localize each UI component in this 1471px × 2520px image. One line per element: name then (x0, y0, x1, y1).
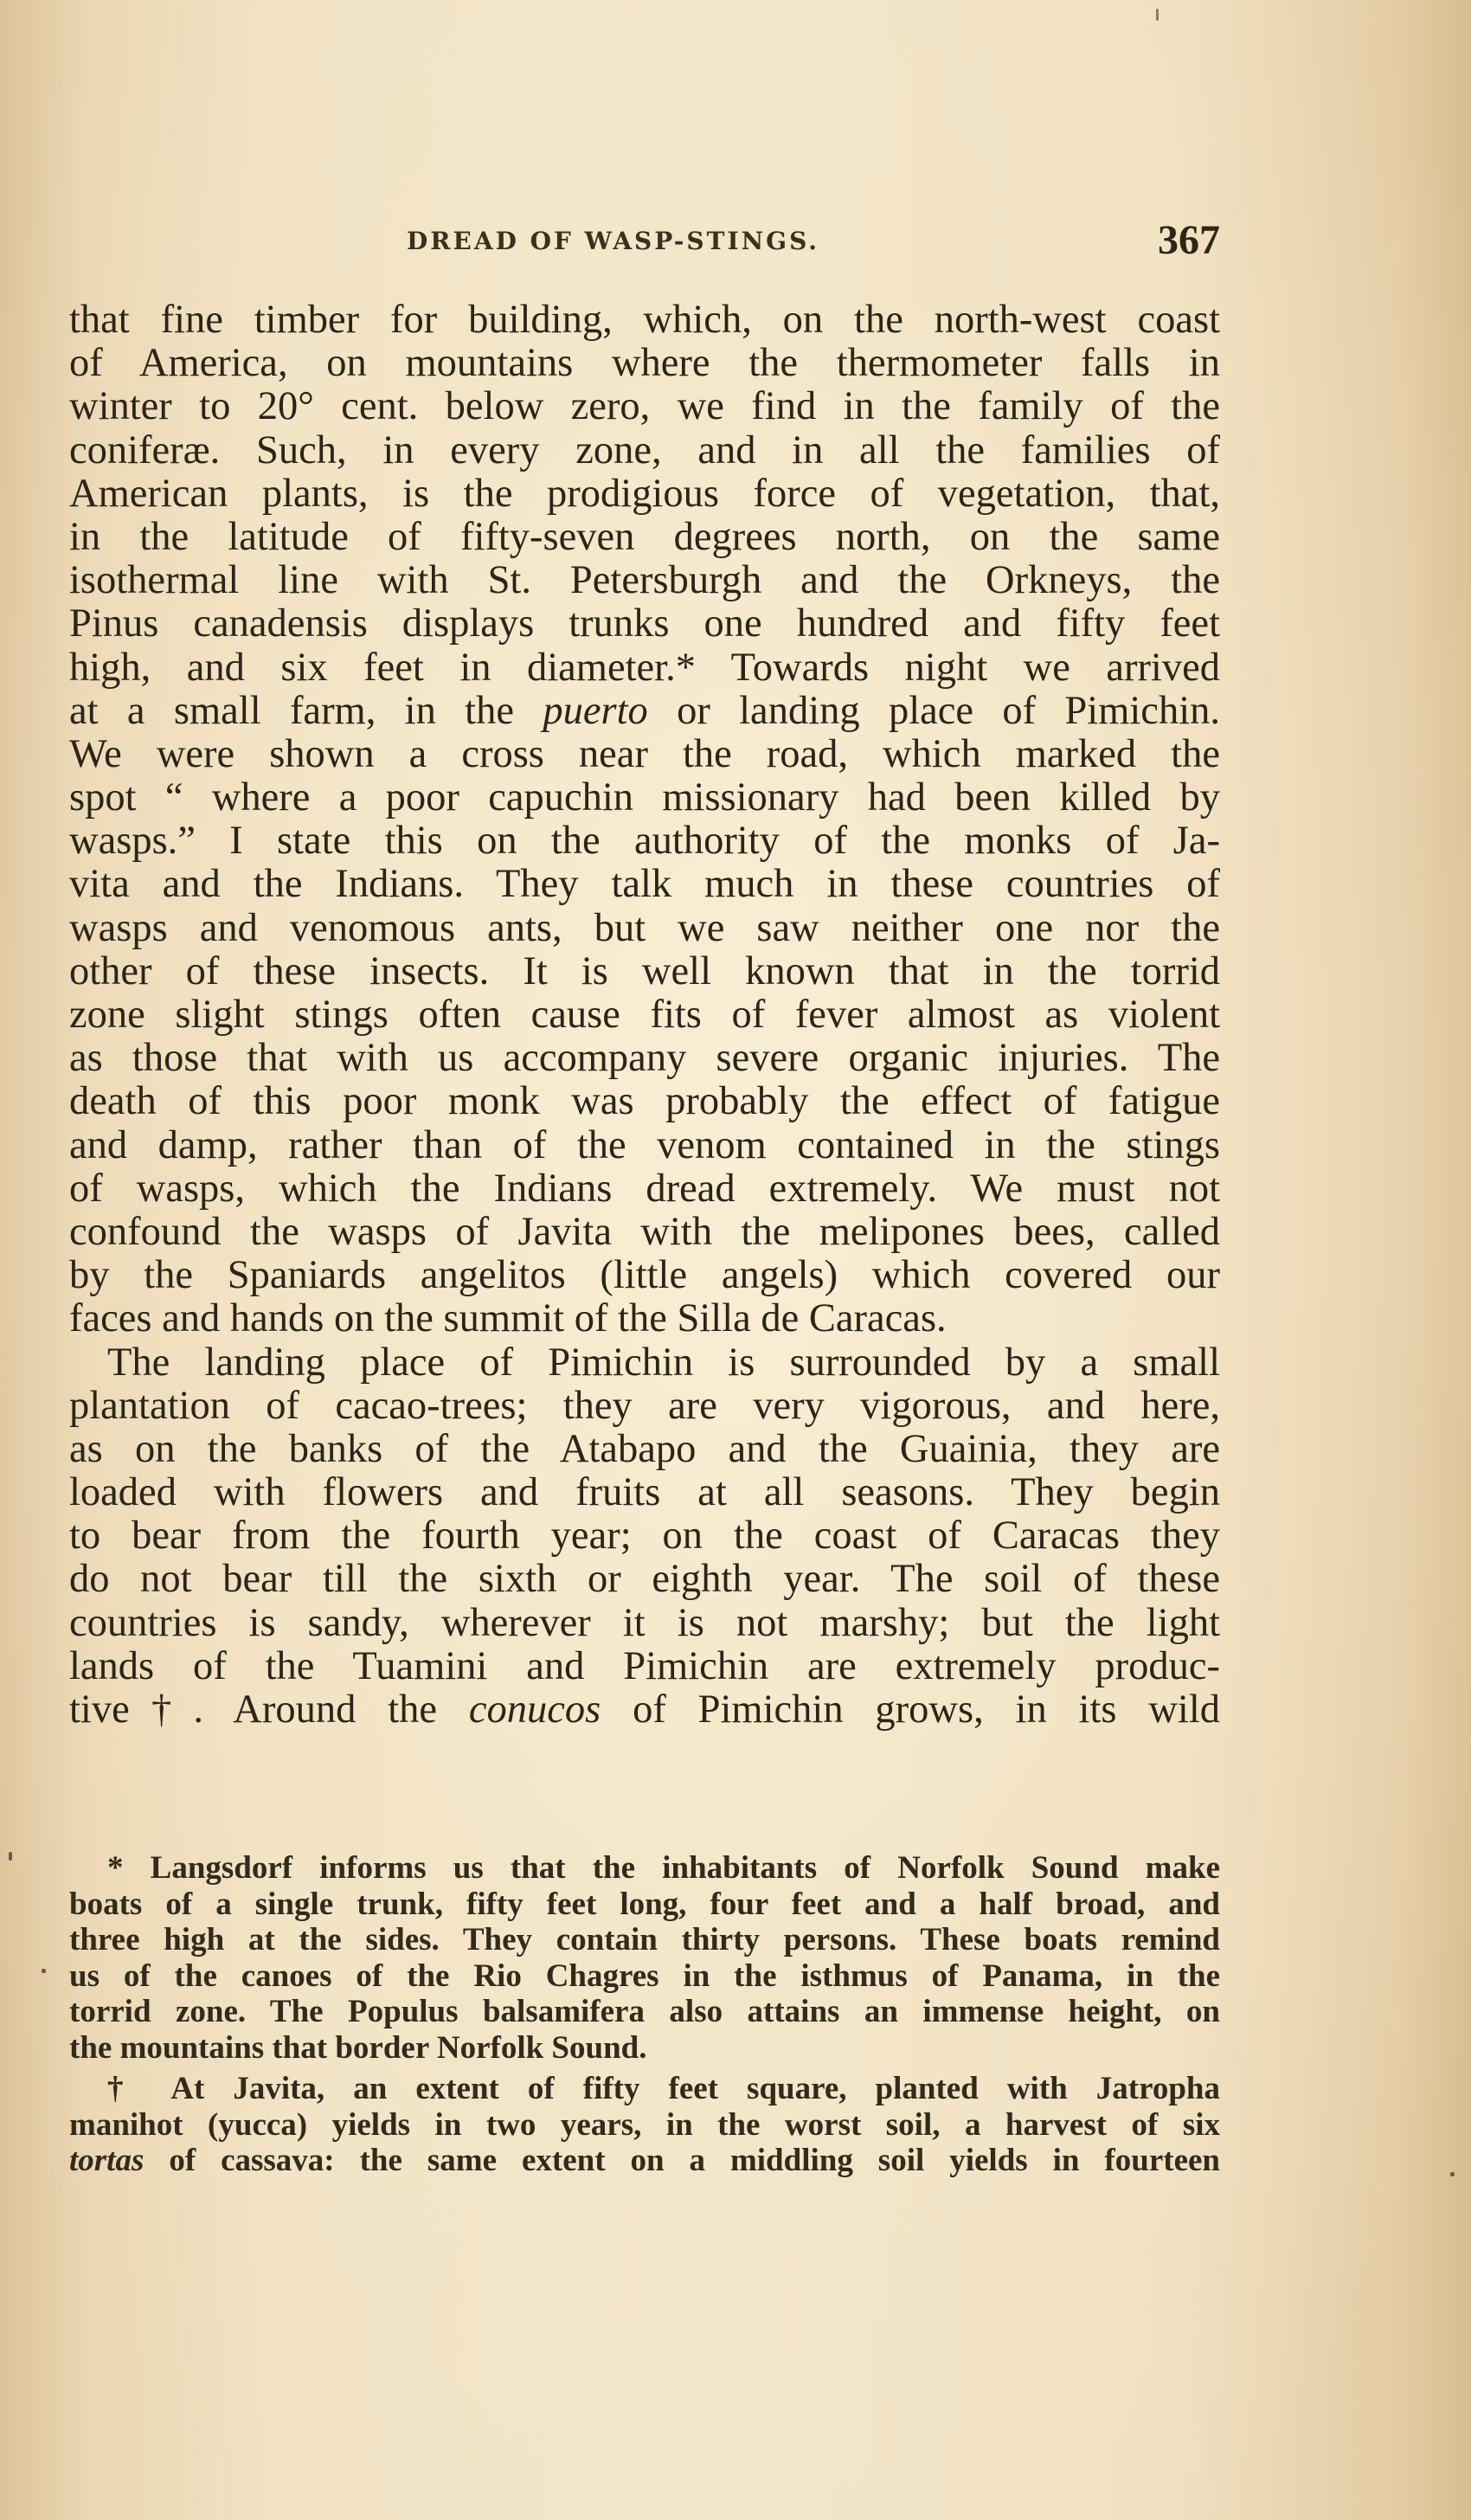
text-segment: vita and the Indians. They talk much in … (69, 862, 1220, 906)
text-segment: countries is sandy, wherever it is not m… (69, 1601, 1220, 1645)
body-line: of America, on mountains where the therm… (69, 342, 1220, 385)
body-line: wasps.” I state this on the authority of… (69, 820, 1220, 863)
footnote-line: manihot (yucca) yields in two years, in … (69, 2107, 1220, 2144)
body-line: by the Spaniards angelitos (little angel… (69, 1254, 1220, 1297)
text-segment: other of these insects. It is well known… (69, 949, 1220, 993)
text-segment: We were shown a cross near the road, whi… (69, 732, 1220, 776)
footnote-line: torrid zone. The Populus balsamifera als… (69, 1994, 1220, 2030)
running-title: DREAD OF WASP-STINGS. (407, 227, 819, 255)
body-line: other of these insects. It is well known… (69, 950, 1220, 993)
text-segment: by the Spaniards angelitos (little angel… (69, 1253, 1220, 1297)
text-segment: or landing place of Pimichin. (648, 689, 1220, 733)
text-segment: boats of a single trunk, fifty feet long… (69, 1887, 1220, 1922)
text-segment: zone slight stings often cause fits of f… (69, 993, 1220, 1037)
footnote-line: tortas of cassava: the same extent on a … (69, 2143, 1220, 2179)
body-line: The landing place of Pimichin is surroun… (69, 1341, 1220, 1385)
text-segment: tive†. Around the (69, 1687, 469, 1732)
page-number: 367 (1158, 216, 1220, 264)
text-segment: at a small farm, in the (69, 689, 543, 733)
body-text: that fine timber for building, which, on… (69, 299, 1220, 1732)
body-line: loaded with flowers and fruits at all se… (69, 1471, 1220, 1514)
body-line: winter to 20° cent. below zero, we find … (69, 385, 1220, 428)
text-segment: three high at the sides. They contain th… (69, 1922, 1220, 1957)
body-line: death of this poor monk was probably the… (69, 1080, 1220, 1123)
text-segment: * Langsdorf informs us that the inhabita… (107, 1850, 1220, 1886)
text-segment: do not bear till the sixth or eighth yea… (69, 1557, 1220, 1601)
text-segment: loaded with flowers and fruits at all se… (69, 1470, 1220, 1514)
margin-speck-mark (1156, 9, 1159, 21)
body-line: coniferæ. Such, in every zone, and in al… (69, 429, 1220, 472)
text-segment: plantation of cacao-trees; they are very… (69, 1384, 1220, 1428)
footnote-line: the mountains that border Norfolk Sound. (69, 2030, 1220, 2067)
text-segment: wasps and venomous ants, but we saw neit… (69, 906, 1220, 950)
footnote: * Langsdorf informs us that the inhabita… (69, 1850, 1220, 2066)
text-segment: as on the banks of the Atabapo and the G… (69, 1427, 1220, 1471)
italic-term: tortas (69, 2143, 144, 2178)
body-line: confound the wasps of Javita with the me… (69, 1211, 1220, 1254)
text-segment: † At Javita, an extent of fifty feet squ… (107, 2071, 1220, 2106)
running-head: DREAD OF WASP-STINGS. 367 (407, 216, 1220, 260)
text-segment: in the latitude of fifty-seven degrees n… (69, 515, 1220, 559)
text-segment: that fine timber for building, which, on… (69, 298, 1220, 342)
body-line: countries is sandy, wherever it is not m… (69, 1602, 1220, 1645)
text-segment: manihot (yucca) yields in two years, in … (69, 2107, 1220, 2143)
body-line: plantation of cacao-trees; they are very… (69, 1385, 1220, 1428)
text-segment: of wasps, which the Indians dread extrem… (69, 1167, 1220, 1211)
footnote-line: boats of a single trunk, fifty feet long… (69, 1887, 1220, 1923)
footnotes: * Langsdorf informs us that the inhabita… (69, 1850, 1220, 2179)
text-segment: American plants, is the prodigious force… (69, 472, 1220, 516)
text-segment: The landing place of Pimichin is surroun… (107, 1340, 1220, 1385)
body-line: high, and six feet in diameter.* Towards… (69, 646, 1220, 690)
footnote: † At Javita, an extent of fifty feet squ… (69, 2071, 1220, 2179)
body-line: tive†. Around the conucos of Pimichin gr… (69, 1688, 1220, 1732)
text-segment: as those that with us accompany severe o… (69, 1036, 1220, 1080)
body-line: faces and hands on the summit of the Sil… (69, 1297, 1220, 1340)
text-segment: of Pimichin grows, in its wild (601, 1687, 1220, 1732)
footnote-line: us of the canoes of the Rio Chagres in t… (69, 1958, 1220, 1995)
text-segment: of America, on mountains where the therm… (69, 341, 1220, 385)
text-segment: and damp, rather than of the venom conta… (69, 1123, 1220, 1167)
body-line: spot “ where a poor capuchin missionary … (69, 776, 1220, 820)
body-line: of wasps, which the Indians dread extrem… (69, 1167, 1220, 1211)
text-segment: death of this poor monk was probably the… (69, 1079, 1220, 1123)
body-line: American plants, is the prodigious force… (69, 472, 1220, 516)
text-segment: confound the wasps of Javita with the me… (69, 1210, 1220, 1254)
text-segment: of cassava: the same extent on a middlin… (144, 2143, 1220, 2178)
text-segment: torrid zone. The Populus balsamifera als… (69, 1994, 1220, 2029)
body-line: zone slight stings often cause fits of f… (69, 993, 1220, 1037)
body-line: do not bear till the sixth or eighth yea… (69, 1558, 1220, 1601)
body-line: wasps and venomous ants, but we saw neit… (69, 907, 1220, 950)
margin-speck-mark (42, 1969, 46, 1973)
text-segment: us of the canoes of the Rio Chagres in t… (69, 1958, 1220, 1994)
text-segment: high, and six feet in diameter.* Towards… (69, 646, 1220, 690)
text-segment: to bear from the fourth year; on the coa… (69, 1514, 1220, 1558)
body-line: Pinus canadensis displays trunks one hun… (69, 602, 1220, 646)
body-line: that fine timber for building, which, on… (69, 299, 1220, 342)
footnote-line: † At Javita, an extent of fifty feet squ… (69, 2071, 1220, 2107)
text-segment: faces and hands on the summit of the Sil… (69, 1296, 947, 1340)
body-line: and damp, rather than of the venom conta… (69, 1124, 1220, 1167)
book-page: DREAD OF WASP-STINGS. 367 that fine timb… (0, 0, 1471, 2520)
text-segment: spot “ where a poor capuchin missionary … (69, 775, 1220, 820)
body-line: We were shown a cross near the road, whi… (69, 733, 1220, 776)
text-segment: isothermal line with St. Petersburgh and… (69, 558, 1220, 602)
body-line: as those that with us accompany severe o… (69, 1037, 1220, 1080)
body-line: at a small farm, in the puerto or landin… (69, 690, 1220, 733)
italic-term: puerto (543, 689, 647, 733)
body-line: lands of the Tuamini and Pimichin are ex… (69, 1645, 1220, 1688)
footnote-line: three high at the sides. They contain th… (69, 1922, 1220, 1958)
body-line: to bear from the fourth year; on the coa… (69, 1514, 1220, 1558)
footnote-line: * Langsdorf informs us that the inhabita… (69, 1850, 1220, 1887)
text-segment: the mountains that border Norfolk Sound. (69, 2030, 646, 2066)
margin-speck-mark (1450, 2172, 1455, 2176)
margin-speck-mark (9, 1852, 12, 1861)
text-segment: Pinus canadensis displays trunks one hun… (69, 601, 1220, 646)
body-line: in the latitude of fifty-seven degrees n… (69, 516, 1220, 559)
text-segment: coniferæ. Such, in every zone, and in al… (69, 428, 1220, 472)
text-segment: lands of the Tuamini and Pimichin are ex… (69, 1644, 1220, 1688)
text-segment: wasps.” I state this on the authority of… (69, 819, 1220, 863)
text-segment: winter to 20° cent. below zero, we find … (69, 384, 1220, 428)
body-line: vita and the Indians. They talk much in … (69, 863, 1220, 906)
body-line: isothermal line with St. Petersburgh and… (69, 559, 1220, 602)
body-line: as on the banks of the Atabapo and the G… (69, 1428, 1220, 1471)
italic-term: conucos (469, 1687, 601, 1732)
